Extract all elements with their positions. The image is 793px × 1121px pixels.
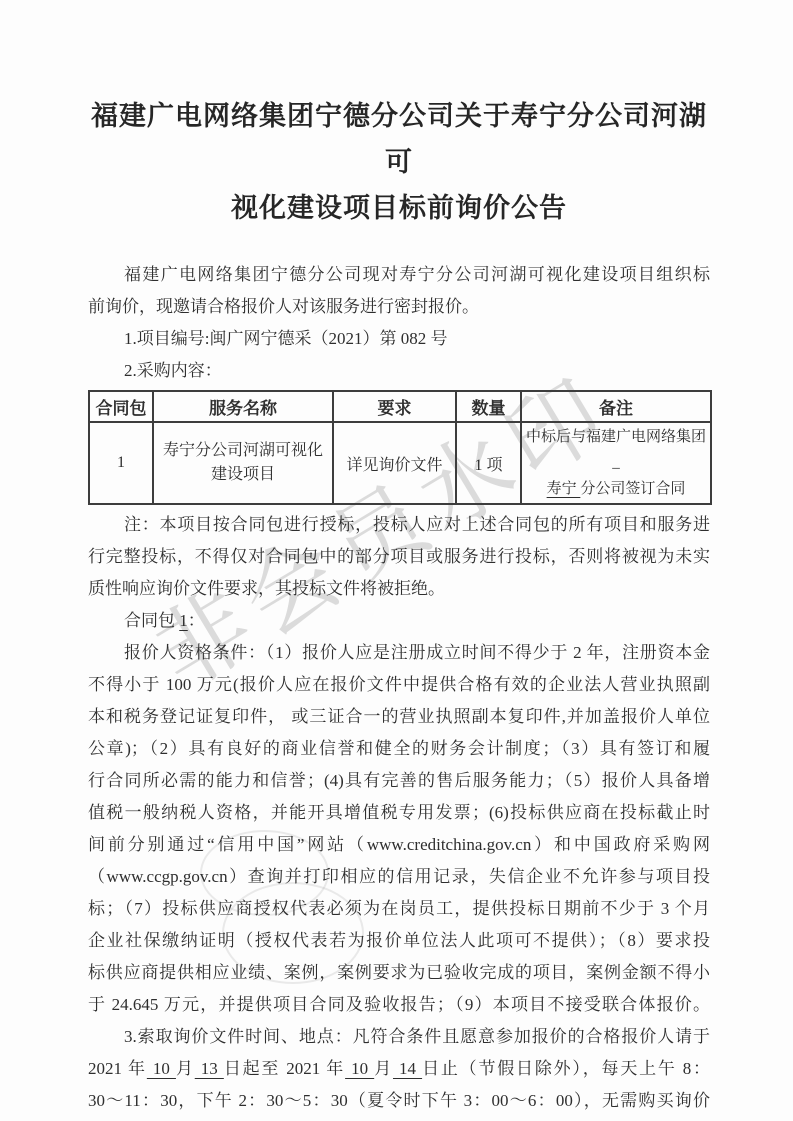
document-title: 福建广电网络集团宁德分公司关于寿宁分公司河湖可 视化建设项目标前询价公告 <box>88 93 710 231</box>
header-quantity: 数量 <box>456 391 521 422</box>
qualifications-paragraph: 报价人资格条件：（1）报价人应是注册成立时间不得少于 2 年，注册资本金不得小于… <box>88 637 710 1021</box>
text-line: 值税一般纳税人资格，并能开具增值税专用发票；(6)投标供应商在投标截止时 <box>88 797 710 829</box>
text-line: 中标后与福建广电网络集团_ <box>525 424 707 476</box>
document-page: 非会员水印 福建广电网络集团宁德分公司关于寿宁分公司河湖可 视化建设项目标前询价… <box>0 0 793 1121</box>
text-line: 2021 年 10 月 13 日起至 2021 年 10 月 14 日止（节假日… <box>88 1053 710 1085</box>
text-line: 合同包 1： <box>88 605 710 637</box>
text-line: 行完整投标，不得仅对合同包中的部分项目或服务进行投标，否则将被视为未实 <box>88 541 710 573</box>
intro-paragraph: 福建广电网络集团宁德分公司现对寿宁分公司河湖可视化建设项目组织标前询价，现邀请合… <box>88 259 710 387</box>
text-line: 行合同所必需的能力和信誉；(4)具有完善的售后服务能力；（5）报价人具备增 <box>88 765 710 797</box>
text-line: 标；（7）投标供应商授权代表必须为在岗员工，提供投标日期前不少于 3 个月 <box>88 893 710 925</box>
text-line: 3.索取询价文件时间、地点：凡符合条件且愿意参加报价的合格报价人请于 <box>88 1021 710 1053</box>
header-requirement: 要求 <box>333 391 456 422</box>
text-line: 标供应商提供相应业绩、案例，案例要求为已验收完成的项目，案例金额不得小 <box>88 957 710 989</box>
text-line: 30～11：30，下午 2：30～5：30（夏令时下午 3：00～6：00），无… <box>88 1085 710 1117</box>
schedule-paragraph: 3.索取询价文件时间、地点：凡符合条件且愿意参加报价的合格报价人请于2021 年… <box>88 1021 710 1117</box>
text-line: 间前分别通过“信用中国”网站（www.creditchina.gov.cn）和中… <box>88 829 710 861</box>
text-line: 报价人资格条件：（1）报价人应是注册成立时间不得少于 2 年，注册资本金 <box>88 637 710 669</box>
cell-requirement: 详见询价文件 <box>333 422 456 504</box>
cell-quantity: 1 项 <box>456 422 521 504</box>
procurement-table: 合同包 服务名称 要求 数量 备注 1 寿宁分公司河湖可视化建设项目 详见询价文… <box>88 390 712 505</box>
cell-remark: 中标后与福建广电网络集团_寿宁 分公司签订合同 <box>521 422 711 504</box>
text-line: 前询价，现邀请合格报价人对该服务进行密封报价。 <box>88 291 710 323</box>
text-line: 寿宁分公司河湖可视化 <box>157 439 329 463</box>
header-remark: 备注 <box>521 391 711 422</box>
note-paragraph: 注：本项目按合同包进行授标，投标人应对上述合同包的所有项目和服务进行完整投标，不… <box>88 509 710 605</box>
package-heading: 合同包 1： <box>88 605 710 637</box>
document-content: 福建广电网络集团宁德分公司关于寿宁分公司河湖可 视化建设项目标前询价公告 福建广… <box>0 93 793 1117</box>
text-line: 质性响应询价文件要求，其投标文件将被拒绝。 <box>88 573 710 605</box>
text-line: 公章)；（2）具有良好的商业信誉和健全的财务会计制度；（3）具有签订和履 <box>88 733 710 765</box>
title-line-2: 视化建设项目标前询价公告 <box>88 185 710 231</box>
text-line: 不得小于 100 万元(报价人应在报价文件中提供合格有效的企业法人营业执照副 <box>88 669 710 701</box>
title-line-1: 福建广电网络集团宁德分公司关于寿宁分公司河湖可 <box>88 93 710 185</box>
table-row: 1 寿宁分公司河湖可视化建设项目 详见询价文件 1 项 中标后与福建广电网络集团… <box>89 422 711 504</box>
text-line: 1.项目编号:闽广网宁德采（2021）第 082 号 <box>88 323 710 355</box>
table-header-row: 合同包 服务名称 要求 数量 备注 <box>89 391 711 422</box>
text-line: 企业社保缴纳证明（授权代表若为报价单位法人此项可不提供）；（8）要求投 <box>88 925 710 957</box>
header-service-name: 服务名称 <box>153 391 333 422</box>
text-line: 建设项目 <box>157 463 329 487</box>
text-line: （www.ccgp.gov.cn）查询并打印相应的信用记录，失信企业不允许参与项… <box>88 861 710 893</box>
header-package: 合同包 <box>89 391 153 422</box>
text-line: 寿宁 分公司签订合同 <box>525 476 707 502</box>
cell-service-name: 寿宁分公司河湖可视化建设项目 <box>153 422 333 504</box>
cell-package-no: 1 <box>89 422 153 504</box>
text-line: 注：本项目按合同包进行授标，投标人应对上述合同包的所有项目和服务进 <box>88 509 710 541</box>
text-line: 于 24.645 万元，并提供项目合同及验收报告；（9）本项目不接受联合体报价。 <box>88 989 710 1021</box>
text-line: 福建广电网络集团宁德分公司现对寿宁分公司河湖可视化建设项目组织标 <box>88 259 710 291</box>
text-line: 2.采购内容： <box>88 355 710 387</box>
text-line: 本和税务登记证复印件， 或三证合一的营业执照副本复印件,并加盖报价人单位 <box>88 701 710 733</box>
